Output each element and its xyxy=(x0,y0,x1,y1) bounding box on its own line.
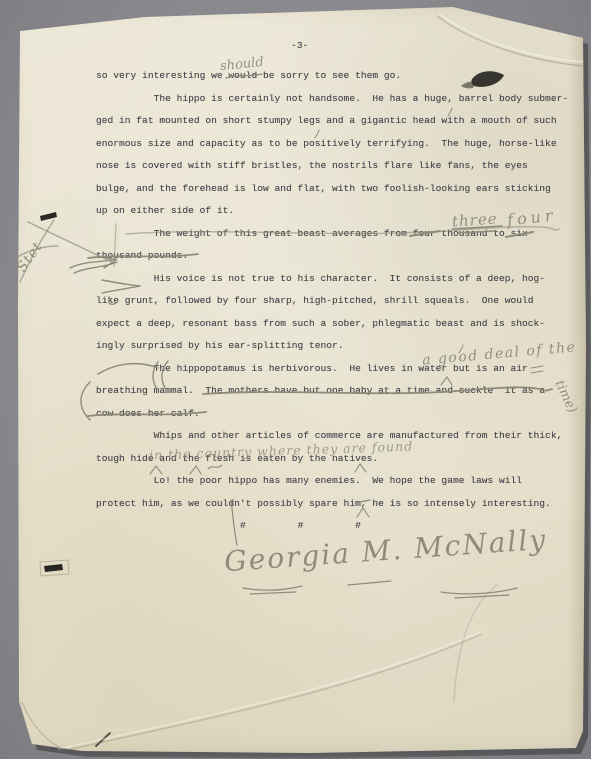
insert-arrow-his-voice xyxy=(102,280,140,304)
caret-after-him xyxy=(357,508,369,517)
ink-smudge-top-right xyxy=(471,71,504,87)
pencil-comma-beast xyxy=(459,345,463,353)
macron-after-him xyxy=(355,500,370,503)
edge-dash-mark-lower xyxy=(44,564,63,572)
ink-marks xyxy=(40,71,504,576)
scanned-page-background: -3- so very interesting we would be sorr… xyxy=(0,0,591,759)
margin-scribble-arrow xyxy=(70,256,117,273)
margin-parenthesis xyxy=(81,382,90,420)
caret-natives xyxy=(355,464,366,472)
strikethrough-would xyxy=(226,74,262,78)
caret-after-water xyxy=(441,377,452,385)
strikethrough-mothers-sentence xyxy=(203,387,552,394)
pencil-marks-overlay xyxy=(0,0,591,759)
strikethrough-six-typed xyxy=(506,232,533,237)
insertion-carets-hide-flesh xyxy=(150,465,222,474)
stet-flourish-lines xyxy=(16,220,114,282)
paper-creases xyxy=(22,13,583,752)
signature-underline-flourishes xyxy=(243,581,517,598)
vertical-stroke-couldnt xyxy=(231,500,237,545)
pencil-comma-legs xyxy=(315,130,319,138)
strikethrough-thousand-pounds xyxy=(88,254,198,258)
ink-smudge-tail xyxy=(461,82,475,89)
strikethrough-cow-calf xyxy=(88,412,206,416)
paragraph-mark-hippopotamus xyxy=(98,361,168,389)
pencil-comma-huge xyxy=(448,108,452,116)
pencil-hyphen-air xyxy=(531,366,543,373)
